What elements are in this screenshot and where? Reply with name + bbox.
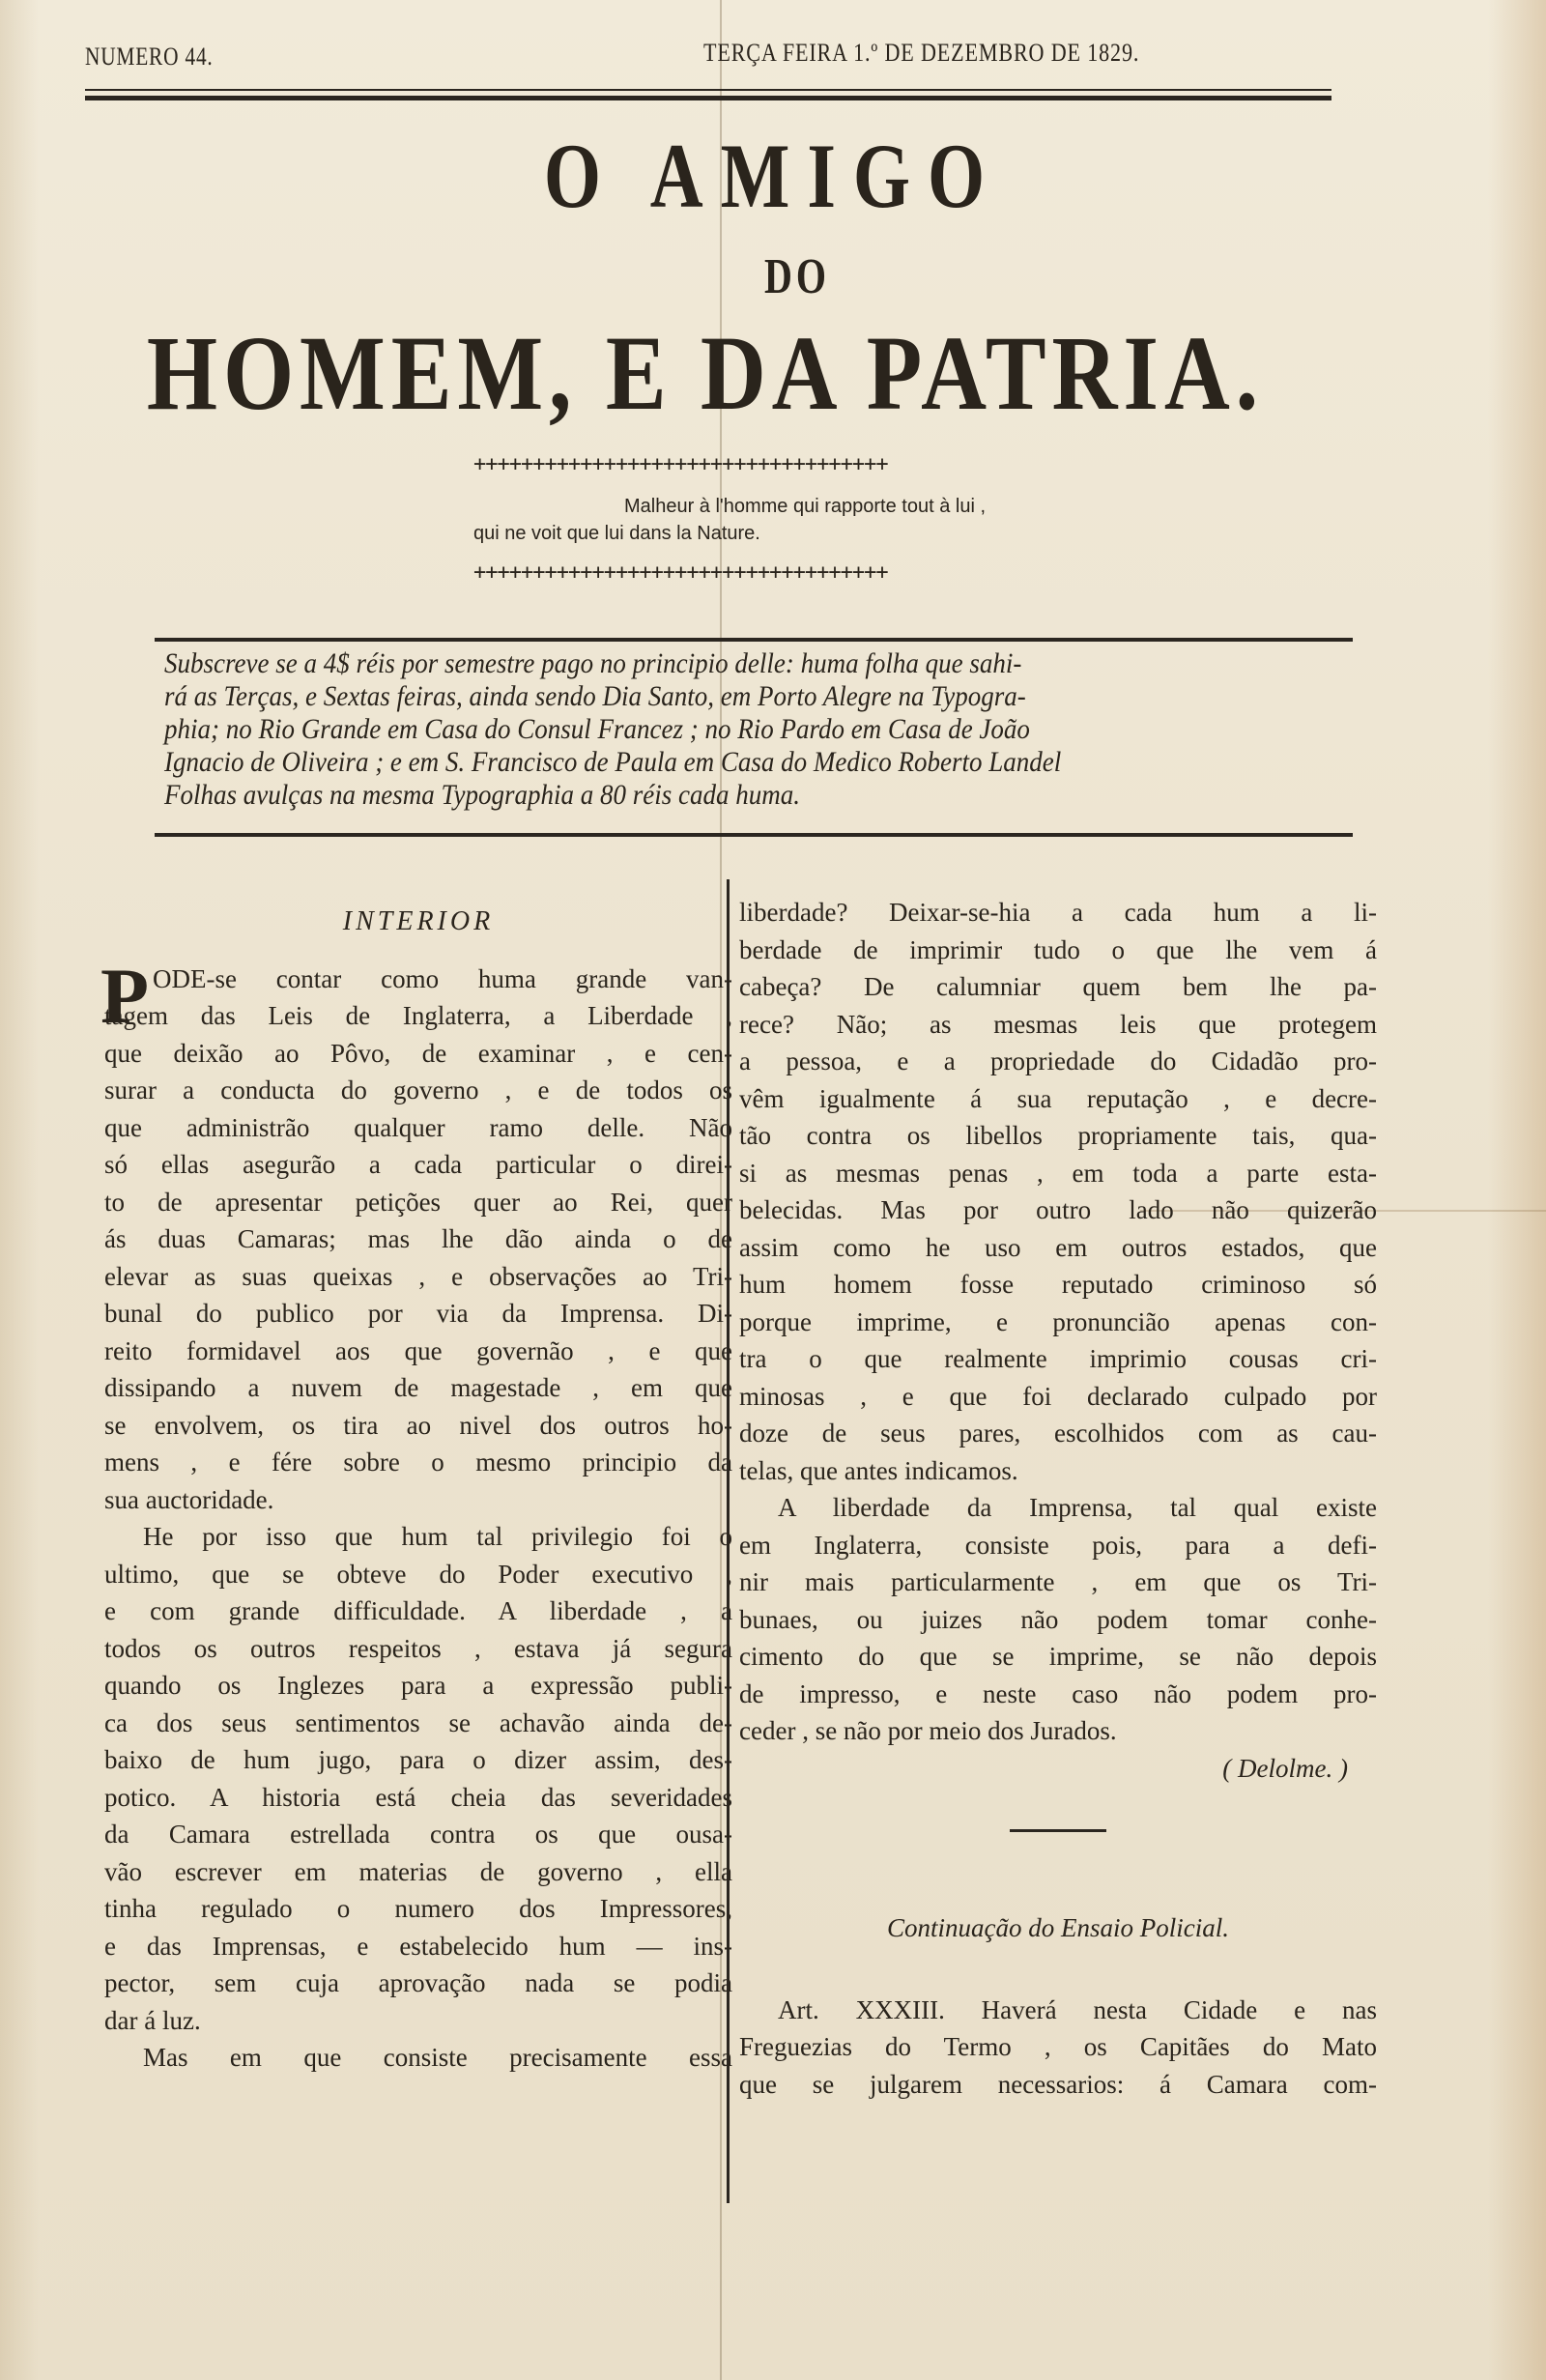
text-line: belecidas. Mas por outro lado não quizer…: [739, 1191, 1377, 1229]
text-line: só ellas asegurão a cada particular o di…: [104, 1146, 732, 1184]
text-line: nir mais particularmente , em que os Tri…: [739, 1563, 1377, 1601]
section-heading: INTERIOR: [104, 903, 732, 941]
text-line: minosas , e que foi declarado culpado po…: [739, 1378, 1377, 1416]
text-line: em Inglaterra, consiste pois, para a def…: [739, 1527, 1377, 1564]
text-line: He por isso que hum tal privilegio foi o: [104, 1518, 732, 1556]
text-line: cimento do que se imprime, se não depois: [739, 1638, 1377, 1676]
left-column: INTERIOR P ODE-se contar como huma grand…: [104, 894, 732, 2077]
text-line: bunaes, ou juizes não podem tomar conhe-: [739, 1601, 1377, 1639]
text-line: vêm igualmente á sua reputação , e decre…: [739, 1080, 1377, 1118]
article-line: que se julgarem necessarios: á Camara co…: [739, 2066, 1377, 2104]
issue-date: TERÇA FEIRA 1.º DE DEZEMBRO DE 1829.: [703, 39, 1139, 68]
text-line: tra o que realmente imprimio cousas cri-: [739, 1340, 1377, 1378]
text-line: assim como he uso em outros estados, que: [739, 1229, 1377, 1267]
text-line: ás duas Camaras; mas lhe dão ainda o de: [104, 1220, 732, 1258]
text-line: tinha regulado o numero dos Impressores,: [104, 1890, 732, 1928]
text-line: reito formidavel aos que governão , e qu…: [104, 1333, 732, 1370]
text-line: e das Imprensas, e estabelecido hum — in…: [104, 1928, 732, 1965]
text-line: liberdade? Deixar-se-hia a cada hum a li…: [739, 894, 1377, 932]
text-line: porque imprime, e pronuncião apenas con-: [739, 1304, 1377, 1341]
text-line: ca dos seus sentimentos se achavão ainda…: [104, 1705, 732, 1742]
text-line: cabeça? De calumniar quem bem lhe pa-: [739, 968, 1377, 1006]
text-line: se envolvem, os tira ao nivel dos outros…: [104, 1407, 732, 1445]
text-line: da Camara estrellada contra os que ousa-: [104, 1816, 732, 1853]
text-line: a pessoa, e a propriedade do Cidadão pro…: [739, 1043, 1377, 1080]
title-line-3: HOMEM, E DA PATRIA.: [80, 311, 1331, 435]
text-line: dar á luz.: [104, 2002, 732, 2040]
text-line: hum homem fosse reputado criminoso só: [739, 1266, 1377, 1304]
subscription-line: rá as Terças, e Sextas feiras, ainda sen…: [164, 680, 1352, 713]
text-line: todos os outros respeitos , estava já se…: [104, 1630, 732, 1668]
dropcap: P: [100, 962, 149, 1030]
article-line: Freguezias do Termo , os Capitães do Mat…: [739, 2028, 1377, 2066]
text-line: berdade de imprimir tudo o que lhe vem á: [739, 932, 1377, 969]
attribution: ( Delolme. ): [739, 1750, 1377, 1788]
subscription-line: phia; no Rio Grande em Casa do Consul Fr…: [164, 713, 1352, 746]
text-line: bunal do publico por via da Imprensa. Di…: [104, 1295, 732, 1333]
subscription-line: Ignacio de Oliveira ; e em S. Francisco …: [164, 746, 1352, 779]
text-line: tão contra os libellos propriamente tais…: [739, 1117, 1377, 1155]
dropcap-paragraph: P ODE-se contar como huma grande van-: [104, 961, 732, 998]
newspaper-page: NUMERO 44. TERÇA FEIRA 1.º DE DEZEMBRO D…: [0, 0, 1546, 2380]
text-line: que deixão ao Pôvo, de examinar , e cen-: [104, 1035, 732, 1073]
issue-number: NUMERO 44.: [85, 43, 214, 72]
epigraph-line: Malheur à l'homme qui rapporte tout à lu…: [464, 493, 986, 520]
text-line: ODE-se contar como huma grande van-: [104, 961, 732, 998]
article-line: Art. XXXIII. Haverá nesta Cidade e nas: [739, 1992, 1377, 2029]
masthead-top: NUMERO 44. TERÇA FEIRA 1.º DE DEZEMBRO D…: [85, 39, 1331, 77]
text-line: baixo de hum jugo, para o dizer assim, d…: [104, 1741, 732, 1779]
text-line: Mas em que consiste precisamente essa: [104, 2039, 732, 2077]
subscription-rule-bottom: [155, 833, 1353, 837]
text-line: rece? Não; as mesmas leis que protegem: [739, 1006, 1377, 1044]
text-line: sua auctoridade.: [104, 1481, 732, 1519]
ornament-rule-bottom: +++++++++++++++++++++++++++++++++++: [473, 560, 966, 585]
text-line: potico. A historia está cheia das severi…: [104, 1779, 732, 1817]
text-line: vão escrever em materias de governo , el…: [104, 1853, 732, 1891]
subscription-line: Folhas avulças na mesma Typographia a 80…: [164, 779, 1352, 812]
subscription-notice: Subscreve se a 4$ réis por semestre pago…: [164, 647, 1352, 812]
section-separator: [1010, 1829, 1106, 1832]
text-line: tagem das Leis de Inglaterra, a Liberdad…: [104, 997, 732, 1035]
title-line-2: DO: [0, 246, 1546, 305]
text-line: que administrão qualquer ramo delle. Não: [104, 1109, 732, 1147]
text-line: telas, que antes indicamos.: [739, 1452, 1377, 1490]
text-line: de impresso, e neste caso não podem pro-: [739, 1676, 1377, 1713]
epigraph: Malheur à l'homme qui rapporte tout à lu…: [464, 493, 986, 547]
text-line: dissipando a nuvem de magestade , em que: [104, 1369, 732, 1407]
text-line: quando os Inglezes para a expressão publ…: [104, 1667, 732, 1705]
subscription-rule-top: [155, 638, 1353, 642]
text-line: ultimo, que se obteve do Poder executivo…: [104, 1556, 732, 1593]
text-line: A liberdade da Imprensa, tal qual existe: [739, 1489, 1377, 1527]
text-line: elevar as suas queixas , e observações a…: [104, 1258, 732, 1296]
text-line: pector, sem cuja aprovação nada se podia: [104, 1964, 732, 2002]
text-line: ceder , se não por meio dos Jurados.: [739, 1712, 1377, 1750]
text-line: doze de seus pares, escolhidos com as ca…: [739, 1415, 1377, 1452]
right-column: liberdade? Deixar-se-hia a cada hum a li…: [739, 894, 1377, 2103]
text-line: surar a conducta do governo , e de todos…: [104, 1072, 732, 1109]
text-line: e com grande difficuldade. A liberdade ,…: [104, 1592, 732, 1630]
masthead-rule: [85, 89, 1331, 100]
text-line: si as mesmas penas , em toda a parte est…: [739, 1155, 1377, 1192]
ornament-rule-top: +++++++++++++++++++++++++++++++++++: [473, 452, 966, 476]
title-line-1: O AMIGO: [0, 125, 1546, 230]
subscription-line: Subscreve se a 4$ réis por semestre pago…: [164, 647, 1352, 680]
epigraph-line: qui ne voit que lui dans la Nature.: [464, 520, 986, 547]
text-line: mens , e fére sobre o mesmo principio da: [104, 1444, 732, 1481]
section-subheading: Continuação do Ensaio Policial.: [739, 1909, 1377, 1947]
text-line: to de apresentar petições quer ao Rei, q…: [104, 1184, 732, 1221]
